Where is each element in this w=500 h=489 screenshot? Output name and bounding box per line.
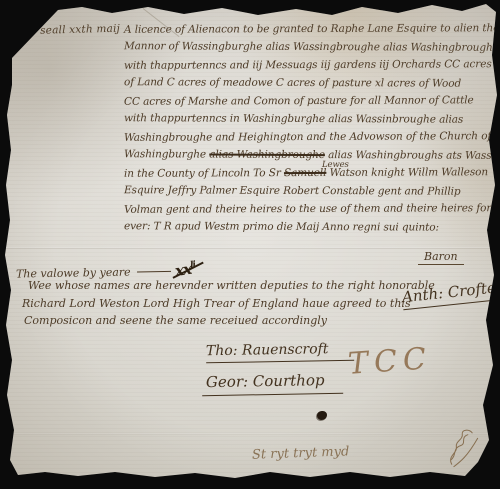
pen-flourish-icon: [443, 424, 483, 476]
baron-annotation: Baron: [418, 250, 464, 265]
grant-line-2: Mannor of Wassingburghe alias Wassingbro…: [124, 37, 496, 57]
grant-line-8-text: Washingburghe: [124, 148, 209, 160]
grant-line-9: Lewes in the County of Lincoln To Sr Sam…: [124, 163, 496, 183]
yearly-value-line: The valowe by yearexxli: [16, 260, 196, 281]
deputies-line-2: Richard Lord Weston Lord High Trear of E…: [22, 295, 435, 313]
margin-note: The seall xxth maij: [16, 23, 120, 38]
signature-geor-courthop: Geor: Courthop: [202, 371, 343, 396]
signature-anth-croftes: Anth: Croftes: [401, 278, 500, 311]
signature-tho-ravenscroft: Tho: Rauenscroft: [206, 341, 355, 364]
struck-out-text: Samuell: [284, 167, 326, 179]
grant-line-8: Washingburghe alias Washingbroughe alias…: [124, 145, 496, 165]
value-dash: [137, 270, 171, 272]
deputies-line-3: Composicon and seene the same receiued a…: [24, 312, 435, 330]
interlinear-insertion: Lewes: [322, 156, 349, 174]
bottom-inscription: St ryt tryt myd: [252, 444, 350, 462]
grant-line-9-text: Watson knight Willm Walleson: [326, 166, 488, 179]
grant-line-6: with thappurtenncs in Washingburghe alia…: [124, 109, 496, 129]
grant-line-12: ever: T R apud Westm primo die Maij Anno…: [124, 217, 496, 237]
fold-crease: [0, 433, 500, 435]
grant-line-1: A licence of Alienacon to be granted to …: [124, 19, 496, 39]
grant-line-11: Volman gent and theire heires to the use…: [124, 199, 496, 219]
grant-text-block: A licence of Alienacon to be granted to …: [124, 20, 496, 236]
deputies-line-1: Wee whose names are herevnder written de…: [28, 277, 435, 295]
grant-line-7: Washingbroughe and Heighington and the A…: [124, 127, 496, 147]
ink-blot: [317, 411, 327, 420]
paper-sheet: The seall xxth maij A licence of Alienac…: [0, 0, 500, 489]
manuscript-photo: The seall xxth maij A licence of Alienac…: [0, 0, 500, 489]
grant-line-10: Esquire Jeffry Palmer Esquire Robert Con…: [124, 181, 496, 201]
struck-out-text: alias Washingbroughe: [209, 149, 325, 162]
initials-monogram: TCC: [347, 341, 433, 382]
yearly-value-amount: xxli: [173, 259, 196, 280]
fold-crease: [0, 247, 500, 249]
grant-line-9-text: in the County of Lincoln To Sr: [124, 167, 284, 180]
grant-line-3: with thappurtenncs and iij Messuags iij …: [124, 55, 496, 75]
grant-line-8-text: alias Washingbroughs ats Wassingbroughe: [325, 149, 500, 162]
deputies-statement: Wee whose names are herevnder written de…: [28, 277, 435, 330]
yearly-value-label: The valowe by yeare: [16, 266, 131, 281]
value-unit: li: [189, 260, 195, 271]
grant-line-5: CC acres of Marshe and Comon of pasture …: [124, 91, 496, 111]
corner-crease: [143, 8, 180, 37]
grant-line-4: of Land C acres of meadowe C acres of pa…: [124, 73, 496, 93]
